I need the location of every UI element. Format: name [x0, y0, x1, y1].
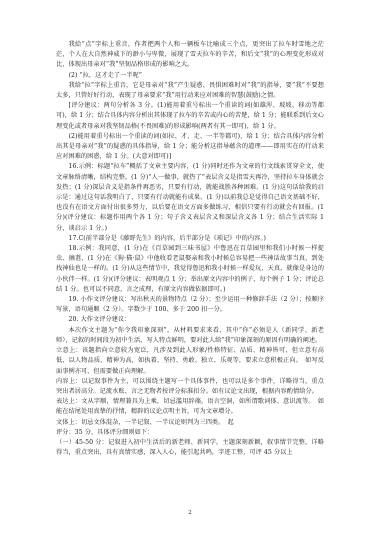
paragraph-16: 评分：35 分，具体评分细则如下：	[56, 428, 324, 438]
paragraph-4: [评分建议：两句分析各 3 分。(1)能用着重号标出一个重读的词(如雄浑、坡坡、…	[56, 101, 324, 132]
paragraph-10: 20. 大作文评分建议：	[56, 315, 324, 325]
paragraph-13: 内容上：以记叙事件为主，可以围绕主题写一个具体事件，也可以是多个事件，详略得当，…	[56, 377, 324, 397]
paragraph-2: (2) “拉，这才走了一半呢”	[56, 71, 324, 81]
paragraph-14: 表达上：文从字顺，情理兼具为上乘，切忌滥用辞藻，语言空洞，如所谓歌词体、意识流等…	[56, 397, 324, 417]
document-page: 我給“点”字标上重音，作者把两个人和一辆板车比喻成三个点，更突出了拉车时雪地之茫…	[56, 40, 324, 458]
paragraph-17: （一）45-50 分：记叙进入初中生活后的新老师、新同学，主题深刻新颖，叙事情节…	[56, 438, 324, 458]
paragraph-11: 本次作文主题为“你令我印象深刻”，从材料要求来看，其中“你”必须是人（新同学、新…	[56, 326, 324, 346]
page-number: 2	[0, 510, 380, 516]
paragraph-7: 17.C(前半部分是《藤野先生》的内容，后半部分是《琐记》中的内容。)	[56, 234, 324, 244]
paragraph-3: 我给“拉”字标上重音，它是母亲对“我”产生疑惑、畏惧困难时对“我”的指导，要“我…	[56, 81, 324, 101]
paragraph-8: 18.示例：我同意，(1 分)在《百草园到三味书屋》中鲁迅在百草园里和我们小时候…	[56, 244, 324, 295]
paragraph-1: 我給“点”字标上重音，作者把两个人和一辆板车比喻成三个点，更突出了拉车时雪地之茫…	[56, 40, 324, 71]
paragraph-6: 16.示例：标题“拉车”概括了文章主要内容，(1 分)同时还作为文章的行文线索贯…	[56, 162, 324, 233]
paragraph-5: (2)能用着重号标出一个重读的词(如拉、才、走、一半等都可)，给 1 分；结合具…	[56, 132, 324, 163]
paragraph-9: 19. 小作文评分建议：写出秋天的景物特点（2 分）；至少运用一种修辞手法（2 …	[56, 295, 324, 315]
paragraph-15: 文体上：切忌文体混杂，一半记叙、一半议论则判为三四类。 起	[56, 418, 324, 428]
paragraph-12: 立意上：该题指向立意较为宽泛，凡涉及到此人形象/性格特征、品质、精神皆可，但立意…	[56, 346, 324, 377]
